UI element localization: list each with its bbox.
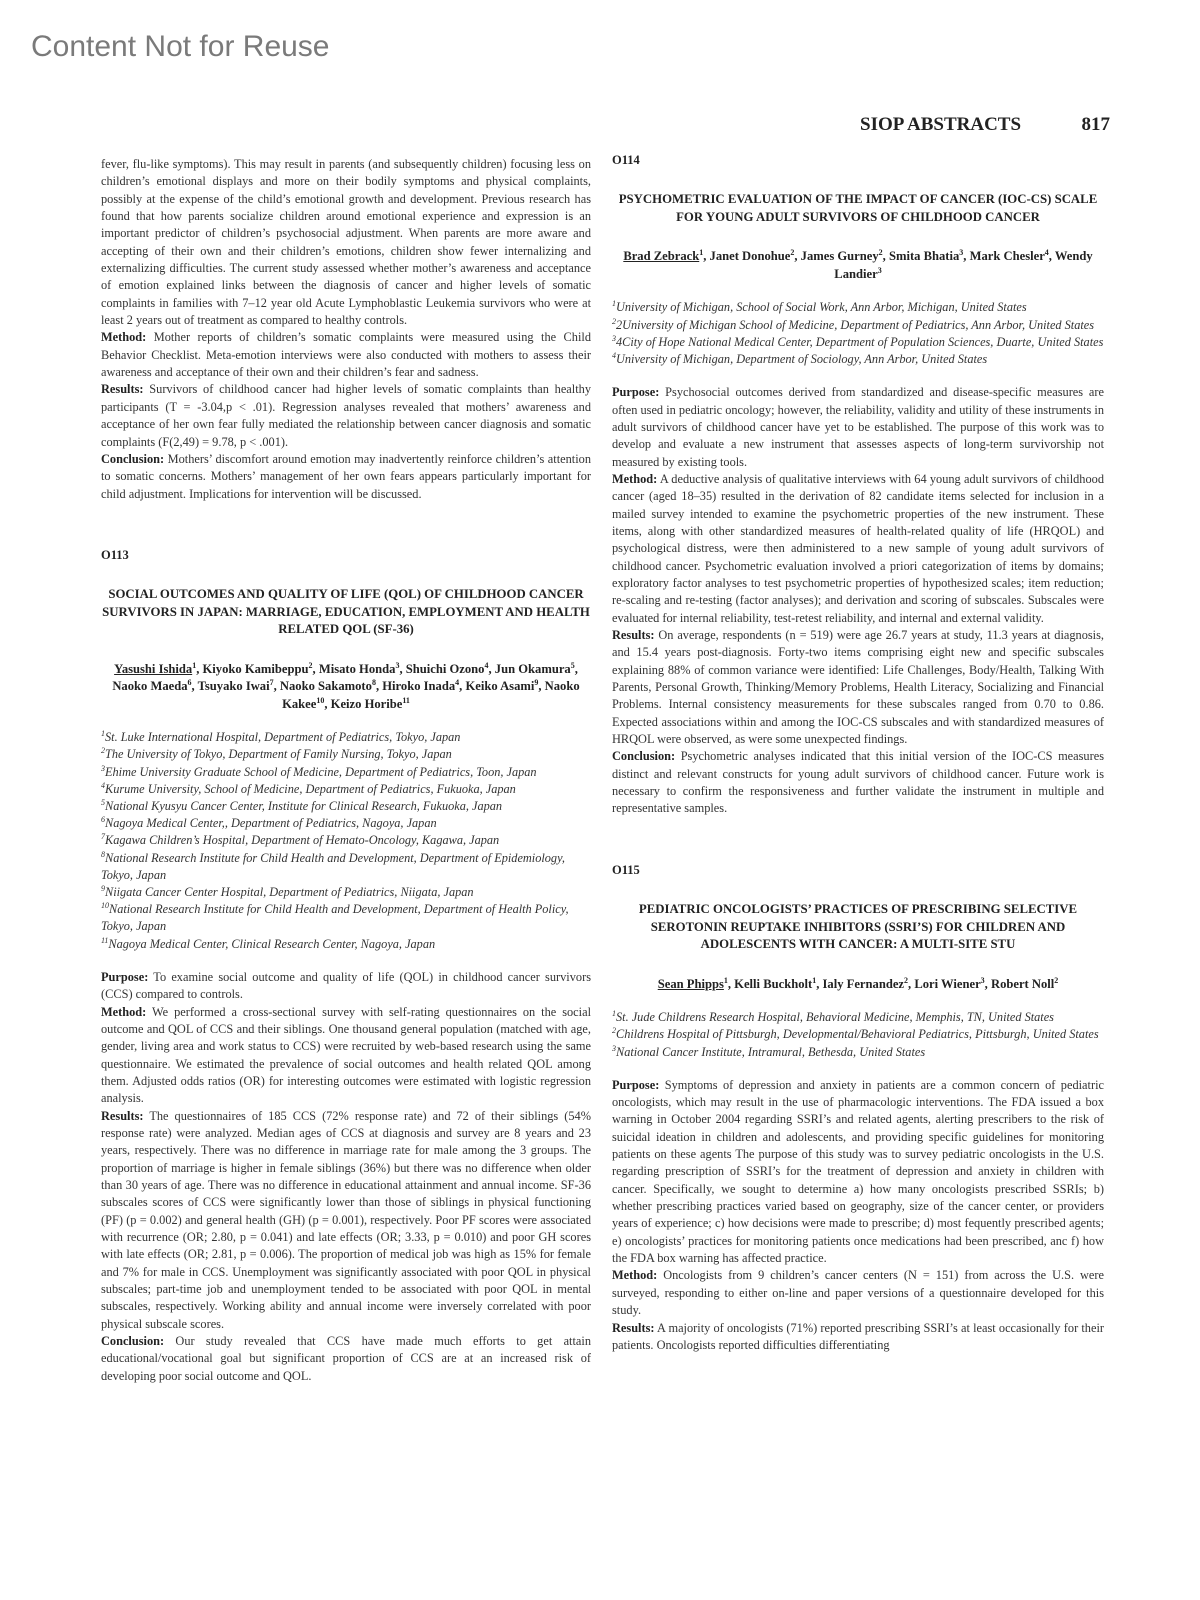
results-paragraph: Results: A majority of oncologists (71%)… — [612, 1320, 1104, 1355]
section-label: Method: — [101, 1005, 146, 1019]
affiliation-marker: 10 — [316, 696, 324, 705]
affiliation-marker: 9 — [101, 884, 105, 893]
abstract-body-text: fever, flu-like symptoms). This may resu… — [101, 156, 591, 329]
author-name: Kelli Buckholt — [734, 977, 812, 991]
abstract-id: O114 — [612, 152, 1104, 169]
affiliation-marker: 11 — [101, 936, 108, 945]
abstract-title: PEDIATRIC ONCOLOGISTS’ PRACTICES OF PRES… — [612, 901, 1104, 954]
affiliation-marker: 1 — [612, 299, 616, 308]
abstract-id: O115 — [612, 862, 1104, 879]
author-name: James Gurney — [801, 249, 879, 263]
author-name: Hiroko Inada — [382, 679, 455, 693]
affiliation-marker: 2 — [612, 1026, 616, 1035]
abstract-title: PSYCHOMETRIC EVALUATION OF THE IMPACT OF… — [612, 191, 1104, 226]
affiliation-marker: 2 — [101, 746, 105, 755]
affiliation-item: 9Niigata Cancer Center Hospital, Departm… — [101, 884, 591, 901]
affiliation-item: 6Nagoya Medical Center,, Department of P… — [101, 815, 591, 832]
page-number: 817 — [1082, 114, 1111, 136]
author-name: Naoko Sakamoto — [280, 679, 372, 693]
section-text: A majority of oncologists (71%) reported… — [612, 1321, 1104, 1352]
section-label: Purpose: — [612, 385, 659, 399]
affiliation-marker: 1 — [724, 975, 728, 984]
conclusion-paragraph: Conclusion: Our study revealed that CCS … — [101, 1333, 591, 1385]
results-paragraph: Results: Survivors of childhood cancer h… — [101, 381, 591, 450]
author-list: Sean Phipps1, Kelli Buckholt1, Ialy Fern… — [612, 976, 1104, 994]
section-label: Method: — [612, 472, 657, 486]
section-text: Our study revealed that CCS have made mu… — [101, 1334, 591, 1383]
affiliation-marker: 1 — [812, 975, 816, 984]
author-name: Brad Zebrack — [623, 249, 699, 263]
affiliation-marker: 1 — [612, 1009, 616, 1018]
section-label: Conclusion: — [612, 749, 675, 763]
affiliation-item: 4Kurume University, School of Medicine, … — [101, 781, 591, 798]
affiliation-marker: 2 — [612, 316, 616, 325]
author-name: Shuichi Ozono — [406, 662, 485, 676]
section-label: Purpose: — [101, 970, 148, 984]
conclusion-paragraph: Conclusion: Psychometric analyses indica… — [612, 748, 1104, 817]
author-name: Yasushi Ishida — [114, 662, 192, 676]
author-name: Lori Wiener — [914, 977, 980, 991]
affiliation-item: 1St. Jude Childrens Research Hospital, B… — [612, 1009, 1104, 1026]
section-text: Survivors of childhood cancer had higher… — [101, 382, 591, 448]
section-label: Conclusion: — [101, 452, 164, 466]
affiliation-item: 34City of Hope National Medical Center, … — [612, 334, 1104, 351]
affiliation-list: 1St. Jude Childrens Research Hospital, B… — [612, 1009, 1104, 1061]
affiliation-marker: 3 — [612, 1043, 616, 1052]
purpose-paragraph: Purpose: Psychosocial outcomes derived f… — [612, 384, 1104, 471]
author-name: Keiko Asami — [465, 679, 534, 693]
affiliation-marker: 10 — [101, 901, 109, 910]
abstract-o115: O115 PEDIATRIC ONCOLOGISTS’ PRACTICES OF… — [612, 862, 1104, 1354]
author-name: Janet Donohue — [710, 249, 791, 263]
affiliation-marker: 9 — [534, 678, 538, 687]
affiliation-marker: 1 — [101, 729, 105, 738]
affiliation-marker: 3 — [878, 266, 882, 275]
affiliation-marker: 2 — [1054, 975, 1058, 984]
affiliation-marker: 2 — [879, 248, 883, 257]
affiliation-marker: 4 — [455, 678, 459, 687]
affiliation-marker: 3 — [612, 334, 616, 343]
affiliation-marker: 3 — [101, 764, 105, 773]
affiliation-marker: 2 — [904, 975, 908, 984]
method-paragraph: Method: We performed a cross-sectional s… — [101, 1004, 591, 1108]
abstract-o114: O114 PSYCHOMETRIC EVALUATION OF THE IMPA… — [612, 152, 1104, 818]
purpose-paragraph: Purpose: Symptoms of depression and anxi… — [612, 1077, 1104, 1268]
method-paragraph: Method: Oncologists from 9 children’s ca… — [612, 1267, 1104, 1319]
affiliation-marker: 5 — [101, 798, 105, 807]
affiliation-marker: 4 — [101, 781, 105, 790]
affiliation-marker: 3 — [981, 975, 985, 984]
section-label: Results: — [101, 382, 144, 396]
section-text: Symptoms of depression and anxiety in pa… — [612, 1078, 1104, 1265]
section-label: Results: — [101, 1109, 144, 1123]
section-label: Conclusion: — [101, 1334, 164, 1348]
affiliation-marker: 11 — [402, 696, 410, 705]
affiliation-item: 5National Kyusyu Cancer Center, Institut… — [101, 798, 591, 815]
affiliation-item: 3National Cancer Institute, Intramural, … — [612, 1044, 1104, 1061]
affiliation-marker: 6 — [188, 678, 192, 687]
section-label: Results: — [612, 628, 655, 642]
abstract-id: O113 — [101, 547, 591, 564]
section-text: Oncologists from 9 children’s cancer cen… — [612, 1268, 1104, 1317]
affiliation-marker: 4 — [1045, 248, 1049, 257]
author-name: Mark Chesler — [970, 249, 1045, 263]
section-text: Mother reports of children’s somatic com… — [101, 330, 591, 379]
affiliation-list: 1University of Michigan, School of Socia… — [612, 299, 1104, 368]
section-label: Method: — [612, 1268, 657, 1282]
results-paragraph: Results: On average, respondents (n = 51… — [612, 627, 1104, 748]
section-text: To examine social outcome and quality of… — [101, 970, 591, 1001]
affiliation-item: 8National Research Institute for Child H… — [101, 850, 591, 884]
author-list: Yasushi Ishida1, Kiyoko Kamibeppu2, Misa… — [101, 661, 591, 714]
affiliation-marker: 3 — [395, 661, 399, 670]
affiliation-item: 7Kagawa Children’s Hospital, Department … — [101, 832, 591, 849]
affiliation-marker: 2 — [790, 248, 794, 257]
conclusion-paragraph: Conclusion: Mothers’ discomfort around e… — [101, 451, 591, 503]
section-text: Psychosocial outcomes derived from stand… — [612, 385, 1104, 468]
affiliation-marker: 2 — [309, 661, 313, 670]
affiliation-item: 2The University of Tokyo, Department of … — [101, 746, 591, 763]
section-label: Results: — [612, 1321, 655, 1335]
affiliation-item: 4University of Michigan, Department of S… — [612, 351, 1104, 368]
section-label: Purpose: — [612, 1078, 659, 1092]
affiliation-marker: 8 — [372, 678, 376, 687]
affiliation-item: 2Childrens Hospital of Pittsburgh, Devel… — [612, 1026, 1104, 1043]
watermark: Content Not for Reuse — [31, 30, 330, 64]
affiliation-marker: 4 — [484, 661, 488, 670]
affiliation-item: 10National Research Institute for Child … — [101, 901, 591, 935]
affiliation-marker: 1 — [699, 248, 703, 257]
affiliation-marker: 3 — [959, 248, 963, 257]
author-name: Misato Honda — [319, 662, 396, 676]
left-column: fever, flu-like symptoms). This may resu… — [101, 156, 591, 1385]
section-text: We performed a cross-sectional survey wi… — [101, 1005, 591, 1106]
affiliation-marker: 6 — [101, 815, 105, 824]
affiliation-marker: 4 — [612, 351, 616, 360]
affiliation-item: 3Ehime University Graduate School of Med… — [101, 764, 591, 781]
section-text: A deductive analysis of qualitative inte… — [612, 472, 1104, 625]
affiliation-list: 1St. Luke International Hospital, Depart… — [101, 729, 591, 953]
abstract-title: SOCIAL OUTCOMES AND QUALITY OF LIFE (QOL… — [101, 586, 591, 639]
author-name: Jun Okamura — [495, 662, 571, 676]
section-text: The questionnaires of 185 CCS (72% respo… — [101, 1109, 591, 1331]
author-name: Tsuyako Iwai — [198, 679, 270, 693]
author-name: Keizo Horibe — [331, 697, 403, 711]
affiliation-marker: 8 — [101, 850, 105, 859]
section-text: On average, respondents (n = 519) were a… — [612, 628, 1104, 746]
author-name: Robert Noll — [991, 977, 1054, 991]
affiliation-item: 1St. Luke International Hospital, Depart… — [101, 729, 591, 746]
method-paragraph: Method: A deductive analysis of qualitat… — [612, 471, 1104, 627]
author-name: Naoko Maeda — [112, 679, 187, 693]
affiliation-marker: 7 — [101, 832, 105, 841]
author-list: Brad Zebrack1, Janet Donohue2, James Gur… — [612, 248, 1104, 283]
affiliation-marker: 1 — [192, 661, 196, 670]
purpose-paragraph: Purpose: To examine social outcome and q… — [101, 969, 591, 1004]
affiliation-item: 1University of Michigan, School of Socia… — [612, 299, 1104, 316]
section-label: Method: — [101, 330, 146, 344]
right-column: O114 PSYCHOMETRIC EVALUATION OF THE IMPA… — [612, 152, 1104, 1354]
continued-abstract: fever, flu-like symptoms). This may resu… — [101, 156, 591, 503]
section-text: Mothers’ discomfort around emotion may i… — [101, 452, 591, 501]
affiliation-item: 11Nagoya Medical Center, Clinical Resear… — [101, 936, 591, 953]
author-name: Smita Bhatia — [889, 249, 959, 263]
affiliation-item: 22University of Michigan School of Medic… — [612, 317, 1104, 334]
affiliation-marker: 5 — [571, 661, 575, 670]
results-paragraph: Results: The questionnaires of 185 CCS (… — [101, 1108, 591, 1333]
journal-section-title: SIOP ABSTRACTS — [860, 114, 1021, 136]
affiliation-marker: 7 — [270, 678, 274, 687]
method-paragraph: Method: Mother reports of children’s som… — [101, 329, 591, 381]
author-name: Ialy Fernandez — [823, 977, 905, 991]
author-name: Kiyoko Kamibeppu — [202, 662, 308, 676]
section-text: Psychometric analyses indicated that thi… — [612, 749, 1104, 815]
author-name: Sean Phipps — [658, 977, 724, 991]
abstract-o113: O113 SOCIAL OUTCOMES AND QUALITY OF LIFE… — [101, 547, 591, 1385]
